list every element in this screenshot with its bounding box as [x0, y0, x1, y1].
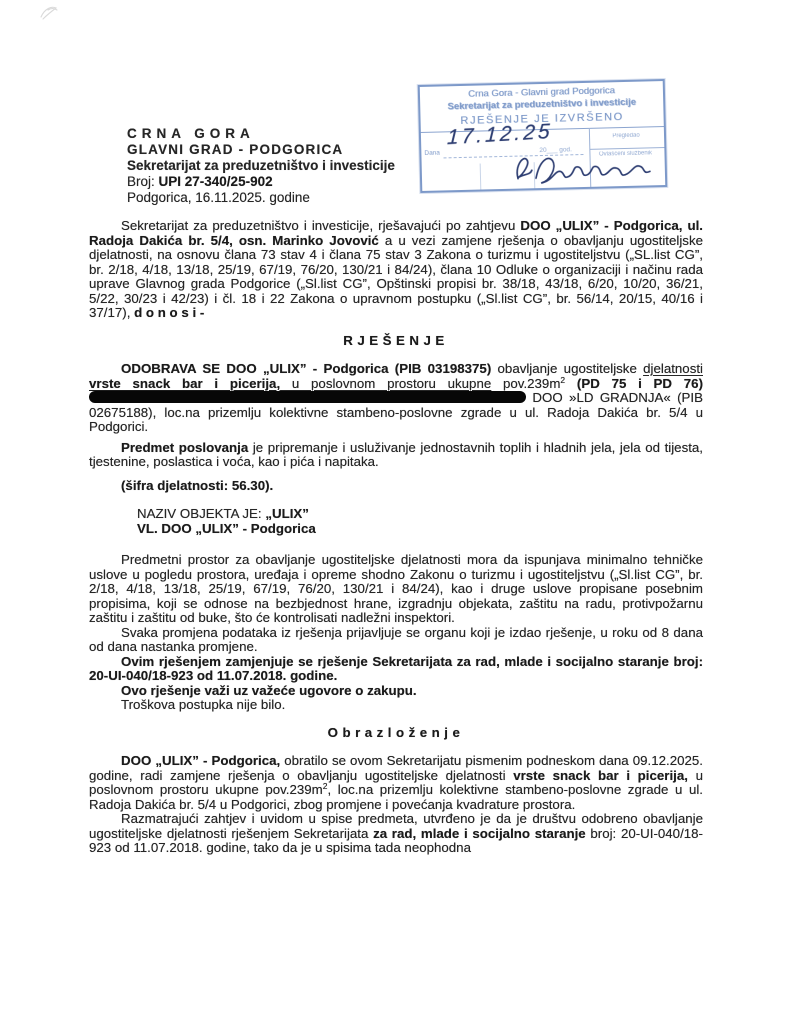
paragraph-naziv-1: NAZIV OBJEKTA JE: „ULIX”: [137, 507, 703, 522]
heading-rjesenje: RJEŠENJE: [89, 334, 703, 349]
letterhead-case-number: Broj: UPI 27-340/25-902: [127, 174, 395, 190]
execution-stamp: Crna Gora - Glavni grad Podgorica Sekret…: [418, 79, 668, 193]
case-number-value: UPI 27-340/25-902: [159, 174, 273, 189]
redaction-bar: [89, 391, 526, 403]
stamp-right-top-label: Pregledao: [591, 132, 661, 140]
letterhead-department: Sekretarijat za preduzetništvo i investi…: [127, 158, 395, 174]
paragraph-sifra: (šifra djelatnosti: 56.30).: [121, 479, 703, 494]
case-number-label: Broj:: [127, 174, 159, 189]
paragraph-odobrava: ODOBRAVA SE DOO „ULIX” - Podgorica (PIB …: [89, 362, 703, 435]
scan-artifact-mark: [36, 3, 64, 23]
paragraph-intro: Sekretarijat za preduzetništvo i investi…: [89, 219, 703, 321]
stamp-column-line: [480, 164, 482, 190]
letterhead-country: CRNA GORA: [127, 126, 395, 142]
paragraph-zamjena: Ovim rješenjem zamjenjuje se rješenje Se…: [89, 655, 703, 684]
paragraph-vazenje: Ovo rješenje važi uz važeće ugovore o za…: [89, 684, 703, 699]
paragraph-razmatranje: Razmatrajući zahtjev i uvidom u spise pr…: [89, 812, 703, 856]
paragraph-uslovi: Predmetni prostor za obavljanje ugostite…: [89, 553, 703, 626]
paragraph-promjena: Svaka promjena podataka iz rješenja prij…: [89, 626, 703, 655]
handwritten-signature: [509, 145, 662, 197]
paragraph-troskovi: Troškova postupka nije bilo.: [89, 698, 703, 713]
scanned-document-page: CRNA GORA GLAVNI GRAD - PODGORICA Sekret…: [0, 0, 791, 1024]
heading-obrazlozenje: Obrazloženje: [89, 726, 703, 741]
document-body: Sekretarijat za preduzetništvo i investi…: [89, 219, 703, 856]
letterhead: CRNA GORA GLAVNI GRAD - PODGORICA Sekret…: [127, 126, 395, 206]
letterhead-place-date: Podgorica, 16.11.2025. godine: [127, 190, 395, 206]
paragraph-podnesak: DOO „ULIX” - Podgorica, obratilo se ovom…: [89, 754, 703, 812]
paragraph-naziv-2: VL. DOO „ULIX” - Podgorica: [137, 522, 703, 537]
letterhead-city: GLAVNI GRAD - PODGORICA: [127, 142, 395, 158]
handwritten-date: 17.12.25: [447, 120, 554, 150]
paragraph-predmet: Predmet poslovanja je pripremanje i uslu…: [89, 441, 703, 470]
stamp-date-label: Dana: [424, 150, 440, 157]
